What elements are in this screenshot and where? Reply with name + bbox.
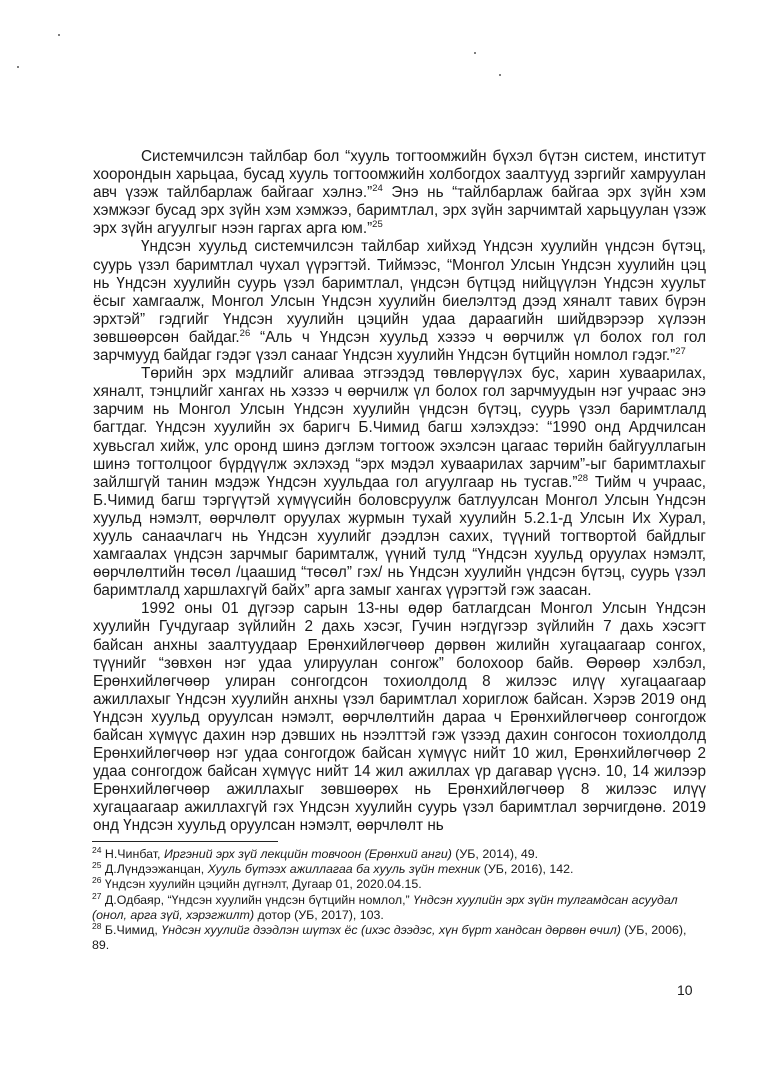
- footnote-number: 27: [92, 891, 101, 901]
- footnote: 26 Үндсэн хуулийн цэцийн дүгнэлт, Дугаар…: [92, 877, 707, 892]
- footnote-separator: [92, 841, 278, 842]
- footnote-ref[interactable]: 25: [372, 219, 383, 230]
- footnote: 24 Н.Чинбат, Иргэний эрх зүй лекцийн тов…: [92, 847, 707, 862]
- scan-speck: [58, 34, 60, 36]
- paragraph: 1992 оны 01 дүгээр сарын 13-ны өдөр батл…: [93, 600, 706, 835]
- scan-speck: [499, 74, 501, 76]
- footnote: 28 Б.Чимид, Үндсэн хуулийг дээдлэн шүтэх…: [92, 923, 707, 953]
- paragraph: Системчилсэн тайлбар бол “хууль тогтоомж…: [93, 148, 706, 238]
- body-text: Системчилсэн тайлбар бол “хууль тогтоомж…: [93, 148, 706, 836]
- footnote-number: 25: [92, 860, 101, 870]
- footnote-ref[interactable]: 24: [372, 183, 383, 194]
- footnote-ref[interactable]: 26: [240, 328, 251, 339]
- footnote: 27 Д.Одбаяр, “Үндсэн хуулийн үндсэн бүтц…: [92, 893, 707, 923]
- footnote-number: 28: [92, 921, 101, 931]
- footnotes: 24 Н.Чинбат, Иргэний эрх зүй лекцийн тов…: [92, 847, 707, 953]
- paragraph: Үндсэн хуульд системчилсэн тайлбар хийхэ…: [93, 238, 706, 365]
- footnote-ref[interactable]: 27: [675, 346, 686, 357]
- footnote-title: Хууль бүтээх ажиллагаа ба хууль зүйн тех…: [208, 862, 481, 876]
- footnote-ref[interactable]: 28: [577, 473, 588, 484]
- footnote-number: 24: [92, 845, 101, 855]
- page-number: 10: [677, 982, 693, 998]
- footnote-number: 26: [92, 875, 101, 885]
- footnote-title: Иргэний эрх зүй лекцийн товчоон (Ерөнхий…: [164, 847, 452, 861]
- scan-speck: [474, 52, 476, 54]
- document-page: Системчилсэн тайлбар бол “хууль тогтоомж…: [0, 0, 770, 1088]
- scan-speck: [17, 66, 19, 68]
- footnote-title: Үндсэн хуулийн эрх зүйн тулгамдсан асууд…: [92, 893, 678, 922]
- paragraph: Төрийн эрх мэдлийг аливаа этгээдэд төвлө…: [93, 365, 706, 600]
- footnote: 25 Д.Лүндээжанцан, Хууль бүтээх ажиллага…: [92, 862, 707, 877]
- footnote-title: Үндсэн хуулийг дээдлэн шүтэх ёс (ихэс дэ…: [161, 923, 621, 937]
